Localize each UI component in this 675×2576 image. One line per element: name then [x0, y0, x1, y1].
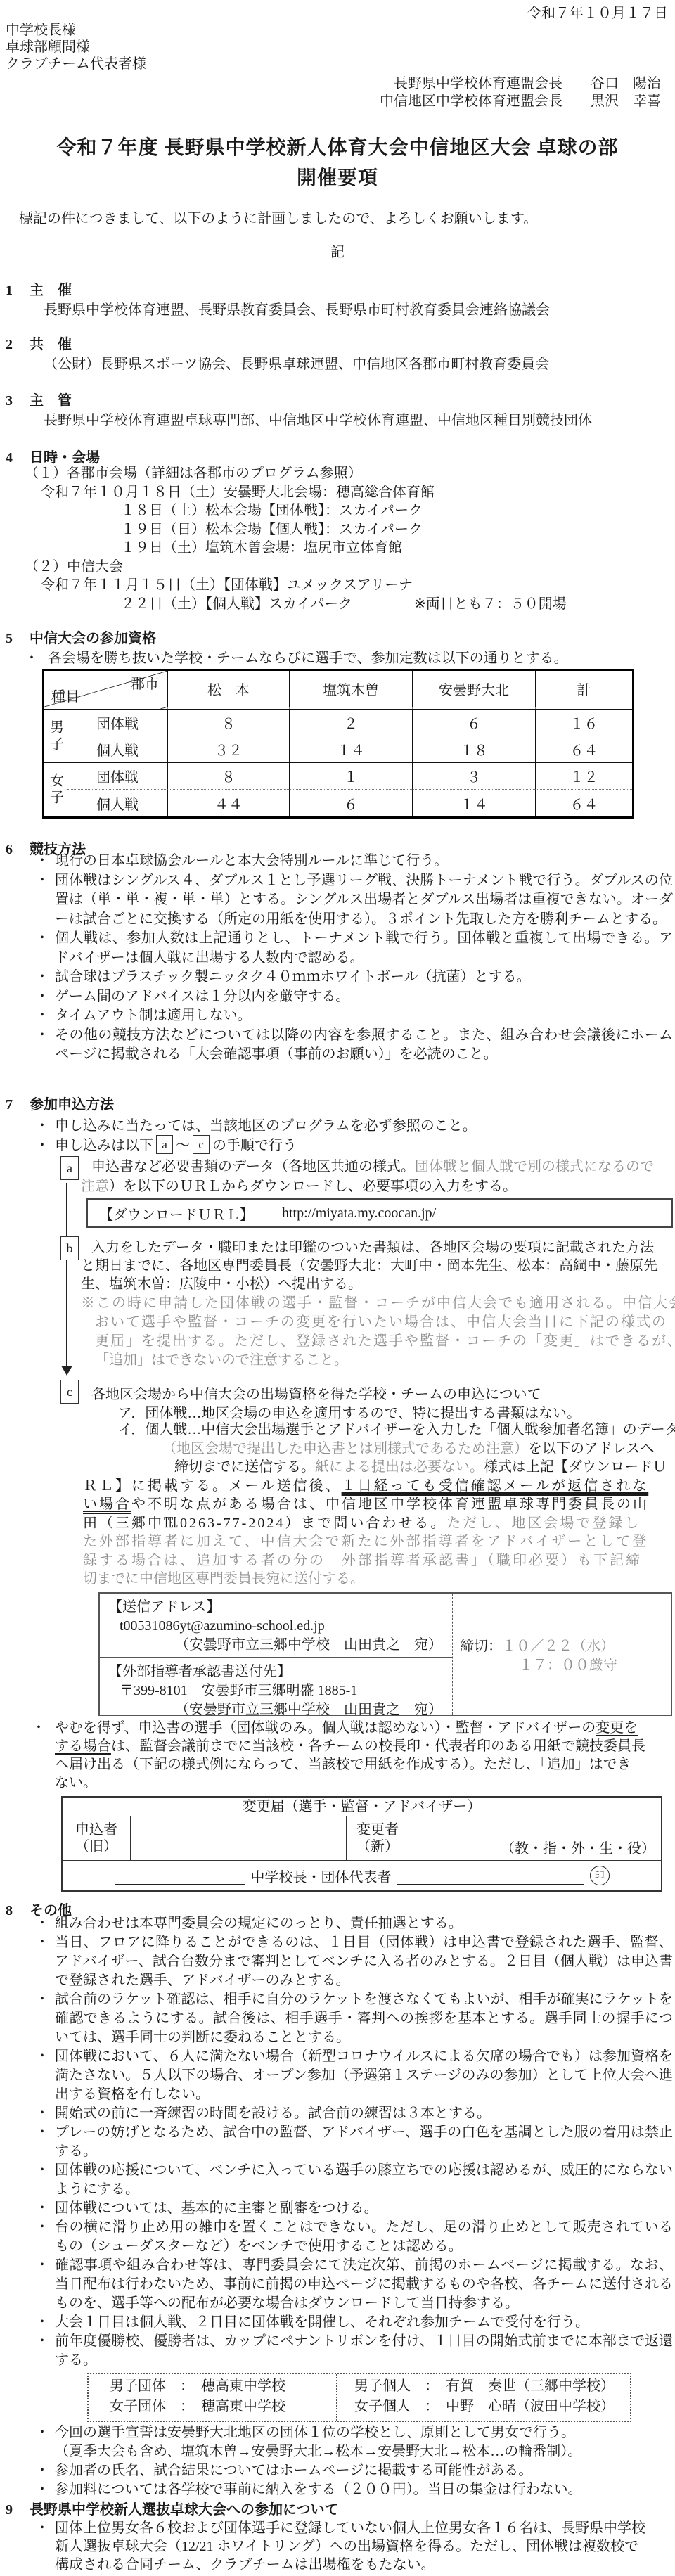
section-number: 3	[0, 393, 30, 409]
value-cell: １６	[535, 710, 632, 736]
gender-label: 男子	[46, 719, 66, 753]
signature-label: 中学校長・団体代表者	[251, 1866, 392, 1886]
other-list: ・組み合わせは本専門委員会の規定にのっとり、責任抽選とする。 ・当日、フロアに降…	[0, 1914, 673, 2370]
bullet-glyph: ・	[35, 2313, 49, 2332]
capacity-table: 郡市 種目 松 本 塩筑木曽 安曇野大北 計 男子 団体戦 ８ ２ ６ １６ 個…	[42, 669, 634, 819]
section-heading-3: 3主 管	[0, 389, 72, 409]
bullet-item: ・団体上位男女各６校および団体選手に登録していない個人上位男女各１６名は、長野県…	[0, 2519, 673, 2537]
bullet-glyph: ・	[35, 2161, 49, 2180]
document-date: 令和７年１０月１７日	[527, 1, 668, 22]
bullet-cont-line: 新人選抜卓球大会（12/21 ホワイトリング）への出場資格を得る。ただし、団体戦…	[0, 2537, 673, 2556]
venue-line-text: ２２日（土）【個人戦】スカイパーク	[121, 596, 352, 612]
category-legend: （教・指・外・生・役）	[501, 1837, 655, 1857]
flow-arrow-head	[61, 1366, 72, 1376]
venue-subhead: （２）中信大会	[0, 558, 673, 577]
venue-line: 令和７年１１月１５日（土）【団体戦】ユメックスアリーナ	[0, 576, 673, 595]
bullet-item: ・参加料については各学校で事前に納入をする（２００円）。当日の集金は行わない。	[0, 2480, 673, 2499]
form-new-blank-cell: （教・指・外・生・役）	[409, 1816, 661, 1860]
venue-line: 令和７年１０月１８日（土）安曇野大北会場：穂高総合体育館	[0, 483, 673, 502]
value-cell: ３	[412, 763, 535, 790]
send-address-label: 【送信アドレス】	[100, 1598, 452, 1617]
step-b-line: 生、塩筑木曽：広陵中・小松）へ提出する。	[0, 1275, 673, 1293]
section-title: 日時・会場	[30, 450, 100, 466]
event-cell: 団体戦	[67, 710, 167, 736]
section-title: 長野県中学校新人選抜卓球大会への参加について	[30, 2502, 339, 2518]
bullet-text: プレーの妨げとなるため、試合中の監督、アドバイザー、選手の白色を基調とした服の着…	[55, 2125, 673, 2159]
column-header: 安曇野大北	[412, 671, 535, 710]
step-a-line: 注意）を以下のＵＲＬからダウンロードし、必要事項の入力をする。	[0, 1177, 673, 1197]
note-line: 「追加」はできないので注意すること。	[0, 1351, 673, 1370]
bullet-glyph: ・	[35, 2123, 49, 2142]
bullet-glyph: ・	[35, 2104, 49, 2123]
bullet-item: ・前年度優勝校、優勝者は、カップにペナントリボンを付け、１日目の開始式前までに本…	[0, 2332, 673, 2370]
section-title: 主 管	[30, 393, 72, 409]
bullet-text: 開始式の前に一斉練習の時間を設ける。試合前の練習は３本とする。	[55, 2106, 491, 2121]
section-number: 7	[0, 1097, 30, 1113]
label: 変更者	[347, 1821, 409, 1838]
bullet-text: 個人戦は、参加人数は上記通りとし、トーナメント戦で行う。団体戦と重複して出場でき…	[55, 930, 673, 966]
value-cell: １２	[535, 763, 632, 790]
venue-line: １８日（土）松本会場【団体戦】：スカイパーク	[0, 501, 673, 520]
event-cell: 個人戦	[67, 736, 167, 763]
value-cell: ８	[167, 763, 289, 790]
other-list-2: ・今回の選手宣誓は安曇野大北地区の団体１位の学校とし、原則として男女で行う。 （…	[0, 2423, 673, 2499]
signature-blank	[115, 1867, 245, 1885]
change-line: ない。	[0, 1774, 673, 1792]
tilde: ～	[176, 1138, 190, 1153]
bullet-item: ・参加者の氏名、試合結果についてはホームページに掲載する可能性がある。	[0, 2461, 673, 2480]
deadline-label: 締切：	[460, 1639, 502, 1654]
bullet-text: 大会１日目は個人戦、２日目に団体戦を開催し、それぞれ参加チームで受付を行う。	[55, 2314, 589, 2330]
table-corner-cell: 郡市 種目	[44, 671, 167, 710]
bullet-glyph: ・	[35, 1990, 49, 2009]
winners-team-column: 男子団体 ： 穂高東中学校 女子団体 ： 穂高東中学校	[89, 2374, 337, 2421]
underlined-text: 変更を	[596, 1720, 638, 1736]
step-c-i-block: イ．個人戦…中信大会出場選手とアドバイザーを入力した「個人戦参加者名簿」のデータ…	[0, 1421, 673, 1589]
deadline-date: １０／２２（水）	[502, 1639, 615, 1654]
gender-cell-boys: 男子	[44, 710, 67, 763]
value-cell: ２	[289, 710, 412, 736]
bullet-item: ・団体戦については、基本的に主審と副審をつける。	[0, 2199, 673, 2218]
bullet-glyph: ・	[35, 1118, 49, 1134]
bullet-glyph: ・	[35, 2047, 49, 2066]
apply-bullet: ・申し込みに当たっては、当該地区のプログラムを必ず参照のこと。	[35, 1114, 477, 1134]
bullet-item: ・個人戦は、参加人数は上記通りとし、トーナメント戦で行う。団体戦と重複して出場で…	[0, 929, 673, 968]
venue-subhead: （１）各郡市会場（詳細は各郡市のプログラム参照）	[0, 464, 673, 483]
gray-note: 団体戦と個人戦で別の様式になるので	[415, 1159, 654, 1174]
deadline-line: 締切：１０／２２（水）	[460, 1637, 671, 1656]
step-b-note: ※この時に申請した団体戦の選手・監督・コーチが中信大会でも適用される。中信大会に…	[0, 1294, 673, 1370]
step-a-line: 申込書など必要書類のデータ（各地区共通の様式。団体戦と個人戦で別の様式になるので	[0, 1158, 673, 1177]
text: は、監督会議前までに当該校・各チームの校長印・代表者印のある用紙で競技委員長	[111, 1738, 645, 1754]
column-header: 松 本	[167, 671, 289, 710]
bullet-glyph: ・	[35, 871, 49, 891]
bullet-text: 台の横に滑り止め用の雑巾を置くことはできない。ただし、足の滑り止めとして販売され…	[55, 2219, 673, 2254]
i-line: ＲＬ】に掲載する。メール送信後、１日経っても受信確認メールが返信されな	[0, 1477, 673, 1496]
change-line: ・やむを得ず、申込書の選手（団体戦のみ。個人戦は認めない）・監督・アドバイザーの…	[0, 1719, 673, 1737]
send-address-cell: 【送信アドレス】 t00531086yt@azumino-school.ed.j…	[100, 1594, 452, 1658]
bullet-item: ・プレーの妨げとなるため、試合中の監督、アドバイザー、選手の白色を基調とした服の…	[0, 2123, 673, 2161]
bullet-item: ・ゲーム間のアドバイスは１分以内を厳守する。	[0, 987, 673, 1007]
text: 様式は上記【ダウンロードＵ	[484, 1459, 667, 1475]
previous-winners-box: 男子団体 ： 穂高東中学校 女子団体 ： 穂高東中学校 男子個人 ： 有賀 奏世…	[87, 2373, 631, 2422]
bullet-text: の手順で行う	[212, 1138, 297, 1153]
value-cell: １８	[412, 736, 535, 763]
address-box-left: 【送信アドレス】 t00531086yt@azumino-school.ed.j…	[100, 1594, 453, 1715]
bullet-glyph: ・	[35, 1914, 49, 1933]
bullet-cont-line: （夏季大会も含め、塩筑木曽→安曇野大北→松本→安曇野大北→松本…の輪番制）。	[0, 2442, 673, 2461]
bullet-glyph: ・	[0, 2520, 49, 2536]
value-cell: ６４	[535, 736, 632, 763]
value-cell: ６４	[535, 790, 632, 816]
text: やむを得ず、申込書の選手（団体戦のみ。個人戦は認めない）・監督・アドバイザーの	[46, 1720, 596, 1736]
bullet-text: 団体戦については、基本的に主審と副審をつける。	[55, 2200, 378, 2216]
text: ＲＬ】に掲載する。メール送信後、	[83, 1478, 342, 1494]
i-line: 録する場合は、追加する者の分の「外部指導者承認書」（職印必要）も下記締	[0, 1551, 673, 1570]
winners-individual-column: 男子個人 ： 有賀 奏世（三郷中学校） 女子個人 ： 中野 心晴（波田中学校）	[337, 2374, 630, 2421]
value-cell: ６	[412, 710, 535, 736]
venue-line: １９日（日）松本会場【個人戦】：スカイパーク	[0, 520, 673, 539]
bullet-text: 団体戦はシングルス４、ダブルス１とし予選リーグ戦、決勝トーナメント戦で行う。ダブ…	[55, 873, 673, 927]
download-url: http://miyata.my.coocan.jp/	[254, 1205, 436, 1222]
bullet-glyph: ・	[35, 1006, 49, 1026]
winner-line: 男子団体 ： 穂高東中学校	[110, 2376, 336, 2397]
bullet-item: ・今回の選手宣誓は安曇野大北地区の団体１位の学校とし、原則として男女で行う。	[0, 2423, 673, 2442]
text: 締切までに送信する。	[174, 1459, 315, 1475]
i-line: 締切までに送信する。紙による提出は必要ない。様式は上記【ダウンロードＵ	[0, 1458, 673, 1477]
bullet-item: ・台の横に滑り止め用の雑巾を置くことはできない。ただし、足の滑り止めとして販売さ…	[0, 2218, 673, 2256]
document-page: 令和７年１０月１７日 中学校長様 卓球部顧問様 クラブチーム代表者様 長野県中学…	[0, 0, 675, 2576]
text: 田（三郷中℡0263-77-2024）まで問い合わせる。	[83, 1516, 446, 1531]
selection-tournament-block: ・団体上位男女各６校および団体選手に登録していない個人上位男女各１６名は、長野県…	[0, 2519, 673, 2574]
section-number: 1	[0, 283, 30, 299]
bullet-text: 申し込みは以下	[49, 1138, 153, 1153]
bullet-item: ・組み合わせは本専門委員会の規定にのっとり、責任抽選とする。	[0, 1914, 673, 1933]
bullet-text: 確認事項や組み合わせ等は、専門委員会にて決定次第、前掲のホームページに掲載する。…	[55, 2257, 673, 2311]
gray-note: 注意	[81, 1179, 109, 1194]
label: （新）	[347, 1838, 409, 1855]
bullet-text: 試合球はプラスチック製ニッタク４０ｍｍホワイトボール（抗菌）とする。	[55, 969, 531, 985]
text: を以下のアドレスへ	[528, 1441, 654, 1456]
column-header: 計	[535, 671, 632, 710]
bullet-text: 団体上位男女各６校および団体選手に登録していない個人上位男女各１６名は、長野県中…	[49, 2520, 645, 2536]
url-label: 【ダウンロードＵＲＬ】	[88, 1203, 254, 1224]
value-cell: ８	[167, 710, 289, 736]
bullet-item: ・試合前のラケット確認は、相手に自分のラケットを渡さなくてもよいが、相手が確実に…	[0, 1990, 673, 2047]
section-heading-2: 2共 催	[0, 333, 72, 353]
approval-label: 【外部指導者承認書送付先】	[100, 1662, 452, 1681]
bullet-text: 組み合わせは本専門委員会の規定にのっとり、責任抽選とする。	[55, 1916, 463, 1931]
event-cell: 個人戦	[67, 790, 167, 816]
step-b-line: 入力をしたデータ・職印または印鑑のついた書類は、各地区会場の要項に記載された方法	[0, 1238, 673, 1257]
note-line: 更届」を提出する。ただし、登録された選手や監督・コーチの「変更」はできるが、	[0, 1332, 673, 1351]
schedule-block: （１）各郡市会場（詳細は各郡市のプログラム参照） 令和７年１０月１８日（土）安曇…	[0, 464, 673, 613]
step-b-block: 入力をしたデータ・職印または印鑑のついた書類は、各地区会場の要項に記載された方法…	[0, 1238, 673, 1293]
address-box: 【送信アドレス】 t00531086yt@azumino-school.ed.j…	[98, 1592, 672, 1716]
event-cell: 団体戦	[67, 763, 167, 790]
gender-label: 女子	[46, 773, 66, 807]
form-main-row: 申込者（旧） 変更者（新） （教・指・外・生・役）	[63, 1816, 661, 1861]
doc-title-line2: 開催要項	[0, 162, 675, 191]
i-line: （地区会場で提出した申込書とは別様式であるため注意）を以下のアドレスへ	[0, 1440, 673, 1459]
bullet-glyph: ・	[0, 2482, 49, 2497]
recipient-line: クラブチーム代表者様	[6, 52, 146, 72]
note-text: この時に申請した団体戦の選手・監督・コーチが中信大会でも適用される。中信大会に	[96, 1295, 675, 1311]
bullet-glyph: ・	[35, 852, 49, 871]
venue-line: １９日（土）塩筑木曽会場：塩尻市立体育館	[0, 539, 673, 558]
bullet-item: ・現行の日本卓球協会ルールと本大会特別ルールに準じて行う。	[0, 852, 673, 871]
sender-line: 中信地区中学校体育連盟会長 黒沢 幸喜	[380, 89, 661, 110]
bullet-text: 団体戦の応援について、ベンチに入っている選手の膝立ちでの応援は認めるが、威圧的に…	[55, 2162, 673, 2197]
venue-line: ２２日（土）【個人戦】スカイパーク※両日とも７：５０開場	[0, 595, 673, 614]
label: （旧）	[63, 1838, 130, 1855]
emphasized-text: １日経っても受信確認メールが返信されな	[342, 1478, 649, 1494]
winner-line: 男子個人 ： 有賀 奏世（三郷中学校）	[354, 2376, 630, 2397]
bullet-item: ・確認事項や組み合わせ等は、専門委員会にて決定次第、前掲のホームページに掲載する…	[0, 2256, 673, 2313]
value-cell: １４	[289, 736, 412, 763]
bullet-text: その他の競技方法などについては以降の内容を参照すること。また、組み合わせ会議後に…	[55, 1027, 673, 1063]
bullet-item: ・団体戦の応援について、ベンチに入っている選手の膝立ちでの応援は認めるが、威圧的…	[0, 2161, 673, 2199]
step-c-inline-box: c	[193, 1135, 210, 1154]
change-form: 変更届（選手・監督・アドバイザー） 申込者（旧） 変更者（新） （教・指・外・生…	[61, 1796, 662, 1892]
form-signature-row: 中学校長・団体代表者 印	[63, 1861, 661, 1890]
section-number: 2	[0, 337, 30, 353]
emphasized-text: い場合	[83, 1497, 131, 1512]
rules-list: ・現行の日本卓球協会ルールと本大会特別ルールに準じて行う。 ・団体戦はシングルス…	[0, 852, 673, 1065]
section-heading-9: 9長野県中学校新人選抜卓球大会への参加について	[0, 2498, 339, 2518]
bullet-glyph: ・	[25, 651, 39, 666]
open-time-note: ※両日とも７：５０開場	[352, 596, 567, 612]
value-cell: ４４	[167, 790, 289, 816]
bullet-glyph: ・	[35, 1933, 49, 1952]
bullet-glyph: ・	[35, 2256, 49, 2275]
change-line: へ届け出る（下記の様式例にならって、当該校で用紙を作成する）。ただし、「追加」は…	[0, 1755, 673, 1774]
postal-address: 〒399-8101 安曇野市三郷明盛 1885-1	[100, 1681, 452, 1700]
section-heading-1: 1主 催	[0, 278, 72, 299]
bullet-text: 試合前のラケット確認は、相手に自分のラケットを渡さなくてもよいが、相手が確実にラ…	[55, 1992, 673, 2045]
bullet-text: 申し込みに当たっては、当該地区のプログラムを必ず参照のこと。	[49, 1118, 477, 1134]
note-line: おいて選手や監督・コーチの変更を行いたい場合は、中信大会当日に下記の様式の「変	[0, 1313, 673, 1332]
form-old-label-cell: 申込者（旧）	[63, 1816, 131, 1860]
section-title: 参加申込方法	[30, 1097, 114, 1113]
section-number: 9	[0, 2502, 30, 2518]
step-a-block: 申込書など必要書類のデータ（各地区共通の様式。団体戦と個人戦で別の様式になるので…	[0, 1158, 673, 1196]
i-line: い場合や不明な点がある場合は、中信地区中学校体育連盟卓球専門委員長の山	[0, 1495, 673, 1514]
i-line: た外部指導者に加えて、中信大会で新たに外部指導者をアドバイザーとして登	[0, 1532, 673, 1551]
gray-note: （地区会場で提出した申込書とは別様式であるため注意）	[162, 1441, 528, 1456]
bullet-glyph: ・	[35, 987, 49, 1007]
download-url-box: 【ダウンロードＵＲＬ】 http://miyata.my.coocan.jp/	[86, 1198, 673, 1228]
bullet-item: ・団体戦はシングルス４、ダブルス１とし予選リーグ戦、決勝トーナメント戦で行う。ダ…	[0, 871, 673, 930]
change-line: する場合は、監督会議前までに当該校・各チームの校長印・代表者印のある用紙で競技委…	[0, 1737, 673, 1755]
addressee-line: （安曇野市立三郷中学校 山田貴之 宛）	[100, 1700, 452, 1719]
winner-line: 女子団体 ： 穂高東中学校	[110, 2397, 336, 2417]
note-line: ※この時に申請した団体戦の選手・監督・コーチが中信大会でも適用される。中信大会に	[0, 1294, 673, 1313]
bullet-text: 参加者の氏名、試合結果についてはホームページに掲載する可能性がある。	[49, 2463, 532, 2478]
step-a-inline-box: a	[156, 1135, 173, 1154]
text: や不明な点がある場合は、中信地区中学校体育連盟卓球専門委員長の山	[131, 1497, 649, 1512]
bullet-item: ・団体戦において、６人に満たない場合（新型コロナウイルスによる欠席の場合でも）は…	[0, 2047, 673, 2104]
bullet-glyph: ・	[35, 1138, 49, 1153]
bullet-text: 当日、フロアに降りることができるのは、１日目（団体戦）は申込書で登録された選手、…	[55, 1935, 673, 1988]
form-new-label-cell: 変更者（新）	[347, 1816, 409, 1860]
bullet-glyph: ・	[0, 1720, 46, 1736]
bullet-text: 今回の選手宣誓は安曇野大北地区の団体１位の学校とし、原則として男女で行う。	[49, 2425, 575, 2440]
section-heading-4: 4日時・会場	[0, 446, 100, 466]
bullet-item: ・試合球はプラスチック製ニッタク４０ｍｍホワイトボール（抗菌）とする。	[0, 968, 673, 987]
underlined-text: する場合	[55, 1738, 111, 1754]
section-title: 共 催	[30, 337, 72, 352]
i-line: イ．個人戦…中信大会出場選手とアドバイザーを入力した「個人戦参加者名簿」のデータ	[0, 1421, 673, 1440]
signature-blank	[397, 1867, 584, 1885]
bullet-text: ゲーム間のアドバイスは１分以内を厳守する。	[55, 989, 349, 1004]
gender-cell-girls: 女子	[44, 763, 67, 816]
apply-steps-intro: ・申し込みは以下a～cの手順で行う	[35, 1134, 297, 1154]
bullet-glyph: ・	[35, 929, 49, 949]
approval-send-cell: 【外部指導者承認書送付先】 〒399-8101 安曇野市三郷明盛 1885-1 …	[100, 1658, 452, 1719]
column-header: 塩筑木曽	[289, 671, 412, 710]
i-line: 田（三郷中℡0263-77-2024）まで問い合わせる。ただし、地区会場で登録し	[0, 1514, 673, 1533]
gray-note: ただし、地区会場で登録し	[446, 1516, 641, 1531]
bullet-glyph: ・	[0, 2425, 49, 2440]
section-body-line: 長野県中学校体育連盟卓球専門部、中信地区中学校体育連盟、中信地区種目別競技団体	[44, 409, 592, 429]
bullet-text: 参加料については各学校で事前に納入をする（２００円）。当日の集金は行わない。	[49, 2482, 582, 2497]
step-label-b: b	[60, 1236, 79, 1260]
bullet-glyph: ・	[0, 2463, 49, 2478]
gray-note: 紙による提出は必要ない。	[315, 1459, 484, 1475]
section-number: 5	[0, 631, 30, 647]
bullet-item: ・タイムアウト制は適用しない。	[0, 1006, 673, 1026]
bullet-glyph: ・	[35, 1026, 49, 1046]
bullet-text: 各会場を勝ち抜いた学校・チームならびに選手で、参加定数は以下の通りとする。	[39, 651, 568, 666]
qualification-bullet: ・各会場を勝ち抜いた学校・チームならびに選手で、参加定数は以下の通りとする。	[25, 646, 568, 667]
bullet-cont-line: 構成される合同チーム、クラブチームは出場権をもたない。	[0, 2556, 673, 2574]
seal-mark: 印	[590, 1866, 610, 1885]
bullet-text: 前年度優勝校、優勝者は、カップにペナントリボンを付け、１日目の開始式前までに本部…	[55, 2333, 673, 2368]
corner-label-district: 郡市	[131, 672, 159, 693]
corner-label-event: 種目	[51, 685, 79, 705]
value-cell: ３２	[167, 736, 289, 763]
note-mark: ※	[81, 1295, 96, 1311]
bullet-text: 現行の日本卓球協会ルールと本大会特別ルールに準じて行う。	[55, 853, 448, 869]
form-title: 変更届（選手・監督・アドバイザー）	[63, 1798, 661, 1816]
step-c-a-line: ア．団体戦…地区会場の申込を適用するので、特に提出する書類はない。	[118, 1402, 581, 1422]
change-bullet-block: ・やむを得ず、申込書の選手（団体戦のみ。個人戦は認めない）・監督・アドバイザーの…	[0, 1719, 673, 1792]
bullet-item: ・その他の競技方法などについては以降の内容を参照すること。また、組み合わせ会議後…	[0, 1026, 673, 1065]
winner-line: 女子個人 ： 中野 心晴（波田中学校）	[354, 2397, 630, 2417]
step-b-line: と期日までに、各地区専門委員長（安曇野大北：大町中・岡本先生、松本：高綱中・藤原…	[0, 1257, 673, 1275]
text: ）を以下のＵＲＬからダウンロードし、必要事項の入力をする。	[109, 1179, 517, 1194]
bullet-glyph: ・	[35, 2199, 49, 2218]
section-body-line: 長野県中学校体育連盟、長野県教育委員会、長野県市町村教育委員会連絡協議会	[44, 298, 550, 319]
form-old-blank-cell	[131, 1816, 347, 1860]
label: 申込者	[63, 1821, 130, 1838]
doc-title-line1: 令和７年度 長野県中学校新人体育大会中信地区大会 卓球の部	[0, 132, 675, 160]
section-body-line: （公財）長野県スポーツ協会、長野県卓球連盟、中信地区各郡市町村教育委員会	[44, 352, 549, 373]
addressee-line: （安曇野市立三郷中学校 山田貴之 宛）	[100, 1636, 452, 1655]
bullet-glyph: ・	[35, 2218, 49, 2237]
section-title: 中信大会の参加資格	[30, 631, 156, 646]
value-cell: ６	[289, 790, 412, 816]
intro-line: 標記の件につきまして、以下のように計画しましたので、よろしくお願いします。	[19, 207, 537, 227]
section-title: 主 催	[30, 283, 72, 298]
bullet-text: 団体戦において、６人に満たない場合（新型コロナウイルスによる欠席の場合でも）は参…	[55, 2049, 673, 2102]
bullet-glyph: ・	[35, 2332, 49, 2351]
i-line: 切までに中信地区専門委員長宛に送付する。	[0, 1570, 673, 1589]
value-cell: １	[289, 763, 412, 790]
step-label-c: c	[60, 1380, 79, 1404]
email-address: t00531086yt@azumino-school.ed.jp	[100, 1617, 452, 1636]
bullet-text: タイムアウト制は適用しない。	[55, 1008, 252, 1023]
text: 申込書など必要書類のデータ（各地区共通の様式。	[91, 1159, 415, 1174]
ki-mark: 記	[0, 241, 675, 261]
bullet-item: ・大会１日目は個人戦、２日目に団体戦を開催し、それぞれ参加チームで受付を行う。	[0, 2313, 673, 2332]
section-heading-7: 7参加申込方法	[0, 1093, 114, 1113]
value-cell: １４	[412, 790, 535, 816]
flow-arrow-line	[66, 1183, 67, 1367]
bullet-item: ・開始式の前に一斉練習の時間を設ける。試合前の練習は３本とする。	[0, 2104, 673, 2123]
deadline-cell: 締切：１０／２２（水） １７：００厳守	[453, 1594, 671, 1715]
bullet-glyph: ・	[35, 968, 49, 987]
step-label-a: a	[60, 1156, 79, 1180]
section-heading-5: 5中信大会の参加資格	[0, 627, 156, 647]
deadline-time: １７：００厳守	[460, 1656, 671, 1675]
bullet-item: ・当日、フロアに降りることができるのは、１日目（団体戦）は申込書で登録された選手…	[0, 1933, 673, 1990]
step-c-head: 各地区会場から中信大会の出場資格を得た学校・チームの申込について	[91, 1383, 541, 1403]
